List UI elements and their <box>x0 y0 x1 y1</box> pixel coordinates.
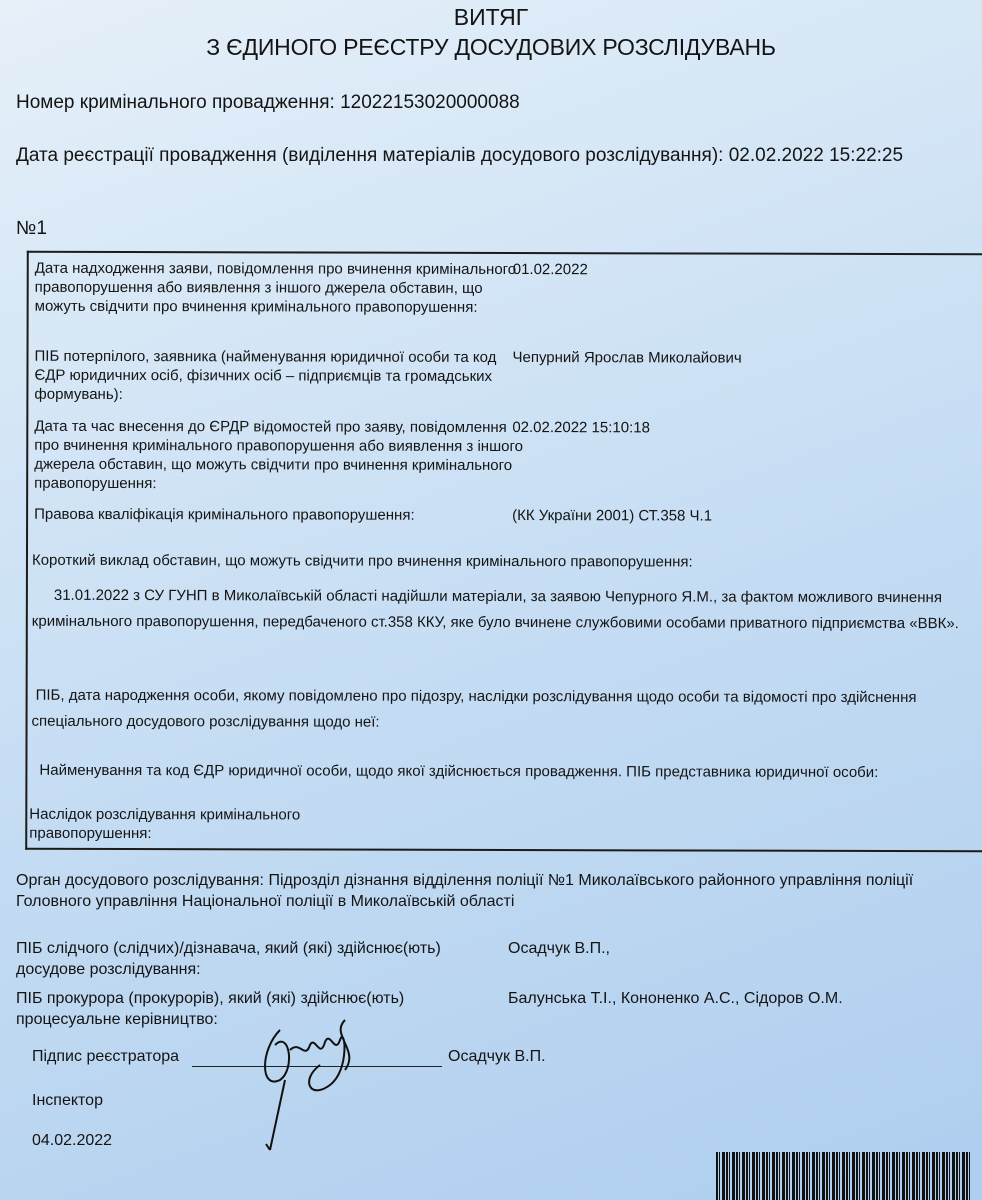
row-label-victim: ПІБ потерпілого, заявника (найменування … <box>34 347 524 405</box>
barcode <box>716 1152 972 1200</box>
investigator-value: Осадчук В.П., <box>508 938 610 959</box>
signature-icon <box>250 1010 370 1160</box>
row-value-qualification: (КК України 2001) СТ.358 Ч.1 <box>512 506 712 526</box>
row-label-qualification: Правова кваліфікація кримінального право… <box>34 505 524 525</box>
legal-entity-heading: Найменування та код ЄДР юридичної особи,… <box>39 761 982 782</box>
row-value-entry-date: 02.02.2022 15:10:18 <box>512 418 650 437</box>
row-label-entry-date: Дата та час внесення до ЄРДР відомостей … <box>34 417 524 494</box>
investigation-organ: Орган досудового розслідування: Підрозді… <box>16 870 966 912</box>
suspect-heading: ПІБ, дата народження особи, якому повідо… <box>32 683 982 737</box>
position-label: Інспектор <box>32 1090 103 1111</box>
issue-date: 04.02.2022 <box>32 1130 112 1151</box>
result-heading: Наслідок розслідування кримінального пра… <box>29 805 329 844</box>
registrar-name: Осадчук В.П. <box>448 1046 546 1067</box>
case-number: Номер кримінального провадження: 1202215… <box>16 92 520 114</box>
registration-date: Дата реєстрації провадження (виділення м… <box>16 144 956 168</box>
prosecutor-value: Балунська Т.І., Кононенко А.С., Сідоров … <box>508 988 843 1009</box>
row-value-receipt-date: 01.02.2022 <box>513 260 588 279</box>
row-label-receipt-date: Дата надходження заяви, повідомлення про… <box>35 259 525 317</box>
summary-text: 31.01.2022 з СУ ГУНП в Миколаївській обл… <box>32 583 982 637</box>
record-number: №1 <box>16 218 47 240</box>
record-box: Дата надходження заяви, повідомлення про… <box>25 251 982 853</box>
registrar-label: Підпис реєстратора <box>32 1046 179 1067</box>
investigator-label: ПІБ слідчого (слідчих)/дізнавача, який (… <box>16 938 506 980</box>
summary-heading: Короткий виклад обставин, що можуть свід… <box>32 551 982 572</box>
document-subtitle: З ЄДИНОГО РЕЄСТРУ ДОСУДОВИХ РОЗСЛІДУВАНЬ <box>0 34 982 61</box>
row-value-victim: Чепурний Ярослав Миколайович <box>512 348 741 368</box>
document-title: ВИТЯГ <box>0 4 982 31</box>
